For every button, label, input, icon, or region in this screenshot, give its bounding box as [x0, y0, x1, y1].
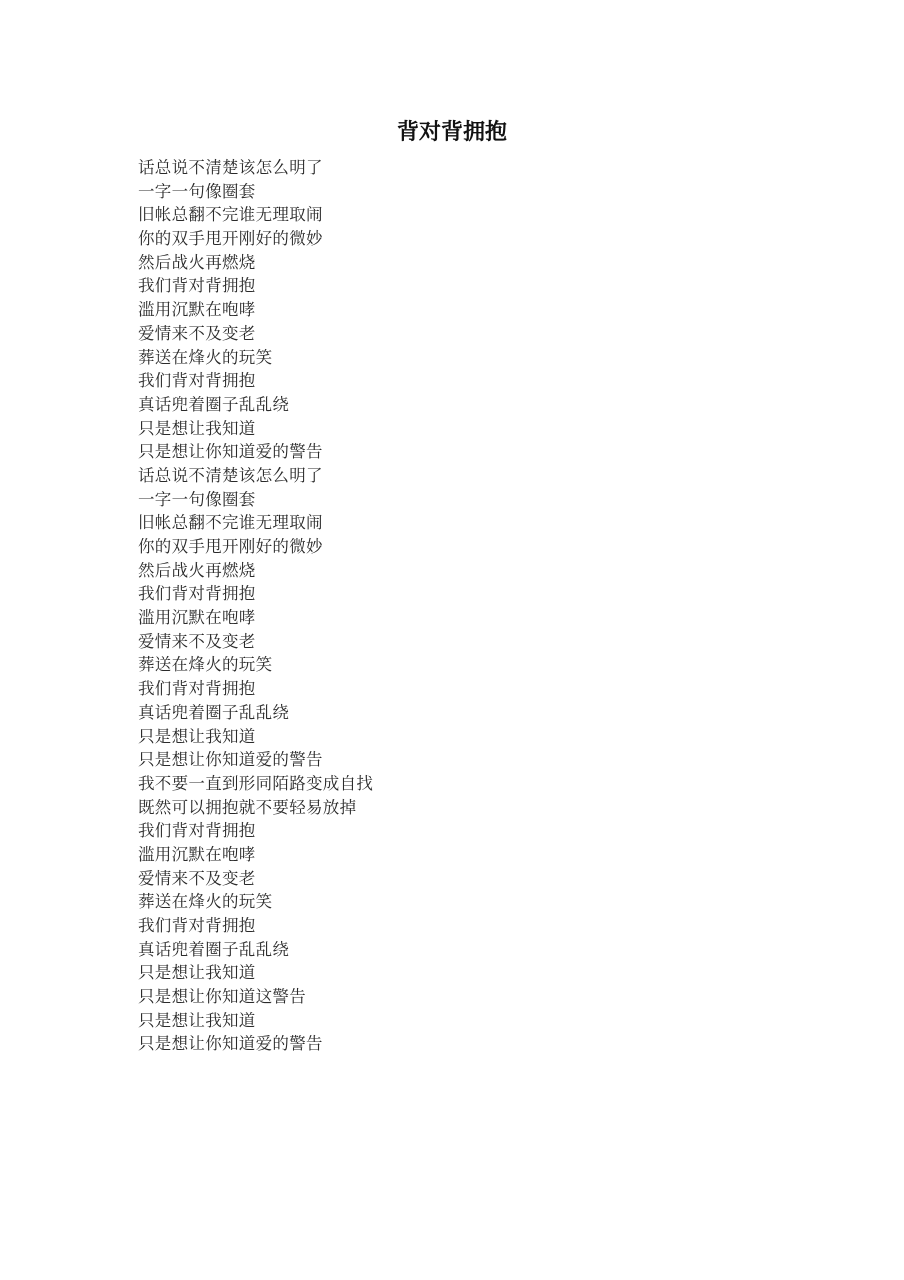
lyric-line: 我们背对背拥抱 [138, 274, 373, 298]
lyric-line: 葬送在烽火的玩笑 [138, 890, 373, 914]
lyric-line: 我们背对背拥抱 [138, 582, 373, 606]
lyric-line: 爱情来不及变老 [138, 867, 373, 891]
lyric-line: 旧帐总翻不完谁无理取闹 [138, 203, 373, 227]
lyric-line: 只是想让你知道爱的警告 [138, 748, 373, 772]
lyric-line: 你的双手甩开刚好的微妙 [138, 227, 373, 251]
lyric-line: 真话兜着圈子乱乱绕 [138, 938, 373, 962]
lyric-line: 我们背对背拥抱 [138, 819, 373, 843]
lyric-line: 然后战火再燃烧 [138, 559, 373, 583]
lyric-line: 葬送在烽火的玩笑 [138, 346, 373, 370]
lyric-line: 真话兜着圈子乱乱绕 [138, 701, 373, 725]
lyric-line: 爱情来不及变老 [138, 322, 373, 346]
lyric-line: 你的双手甩开刚好的微妙 [138, 535, 373, 559]
lyric-line: 我们背对背拥抱 [138, 914, 373, 938]
lyric-line: 只是想让我知道 [138, 725, 373, 749]
document-page: 背对背拥抱 话总说不清楚该怎么明了一字一句像圈套旧帐总翻不完谁无理取闹你的双手甩… [0, 0, 904, 1280]
lyrics-list: 话总说不清楚该怎么明了一字一句像圈套旧帐总翻不完谁无理取闹你的双手甩开刚好的微妙… [138, 156, 373, 1056]
lyric-line: 滥用沉默在咆哮 [138, 606, 373, 630]
lyric-line: 葬送在烽火的玩笑 [138, 653, 373, 677]
lyric-line: 我们背对背拥抱 [138, 369, 373, 393]
lyric-line: 滥用沉默在咆哮 [138, 298, 373, 322]
lyric-line: 我们背对背拥抱 [138, 677, 373, 701]
lyric-line: 滥用沉默在咆哮 [138, 843, 373, 867]
lyric-line: 只是想让你知道爱的警告 [138, 1032, 373, 1056]
lyric-line: 话总说不清楚该怎么明了 [138, 464, 373, 488]
lyric-line: 真话兜着圈子乱乱绕 [138, 393, 373, 417]
document-title: 背对背拥抱 [0, 118, 904, 148]
lyric-line: 既然可以拥抱就不要轻易放掉 [138, 796, 373, 820]
lyric-line: 只是想让我知道 [138, 417, 373, 441]
lyric-line: 只是想让你知道爱的警告 [138, 440, 373, 464]
lyric-line: 一字一句像圈套 [138, 180, 373, 204]
lyric-line: 我不要一直到形同陌路变成自找 [138, 772, 373, 796]
lyric-line: 只是想让你知道这警告 [138, 985, 373, 1009]
lyric-line: 然后战火再燃烧 [138, 251, 373, 275]
lyric-line: 旧帐总翻不完谁无理取闹 [138, 511, 373, 535]
lyric-line: 一字一句像圈套 [138, 488, 373, 512]
lyric-line: 只是想让我知道 [138, 1009, 373, 1033]
lyric-line: 爱情来不及变老 [138, 630, 373, 654]
lyric-line: 只是想让我知道 [138, 961, 373, 985]
lyric-line: 话总说不清楚该怎么明了 [138, 156, 373, 180]
